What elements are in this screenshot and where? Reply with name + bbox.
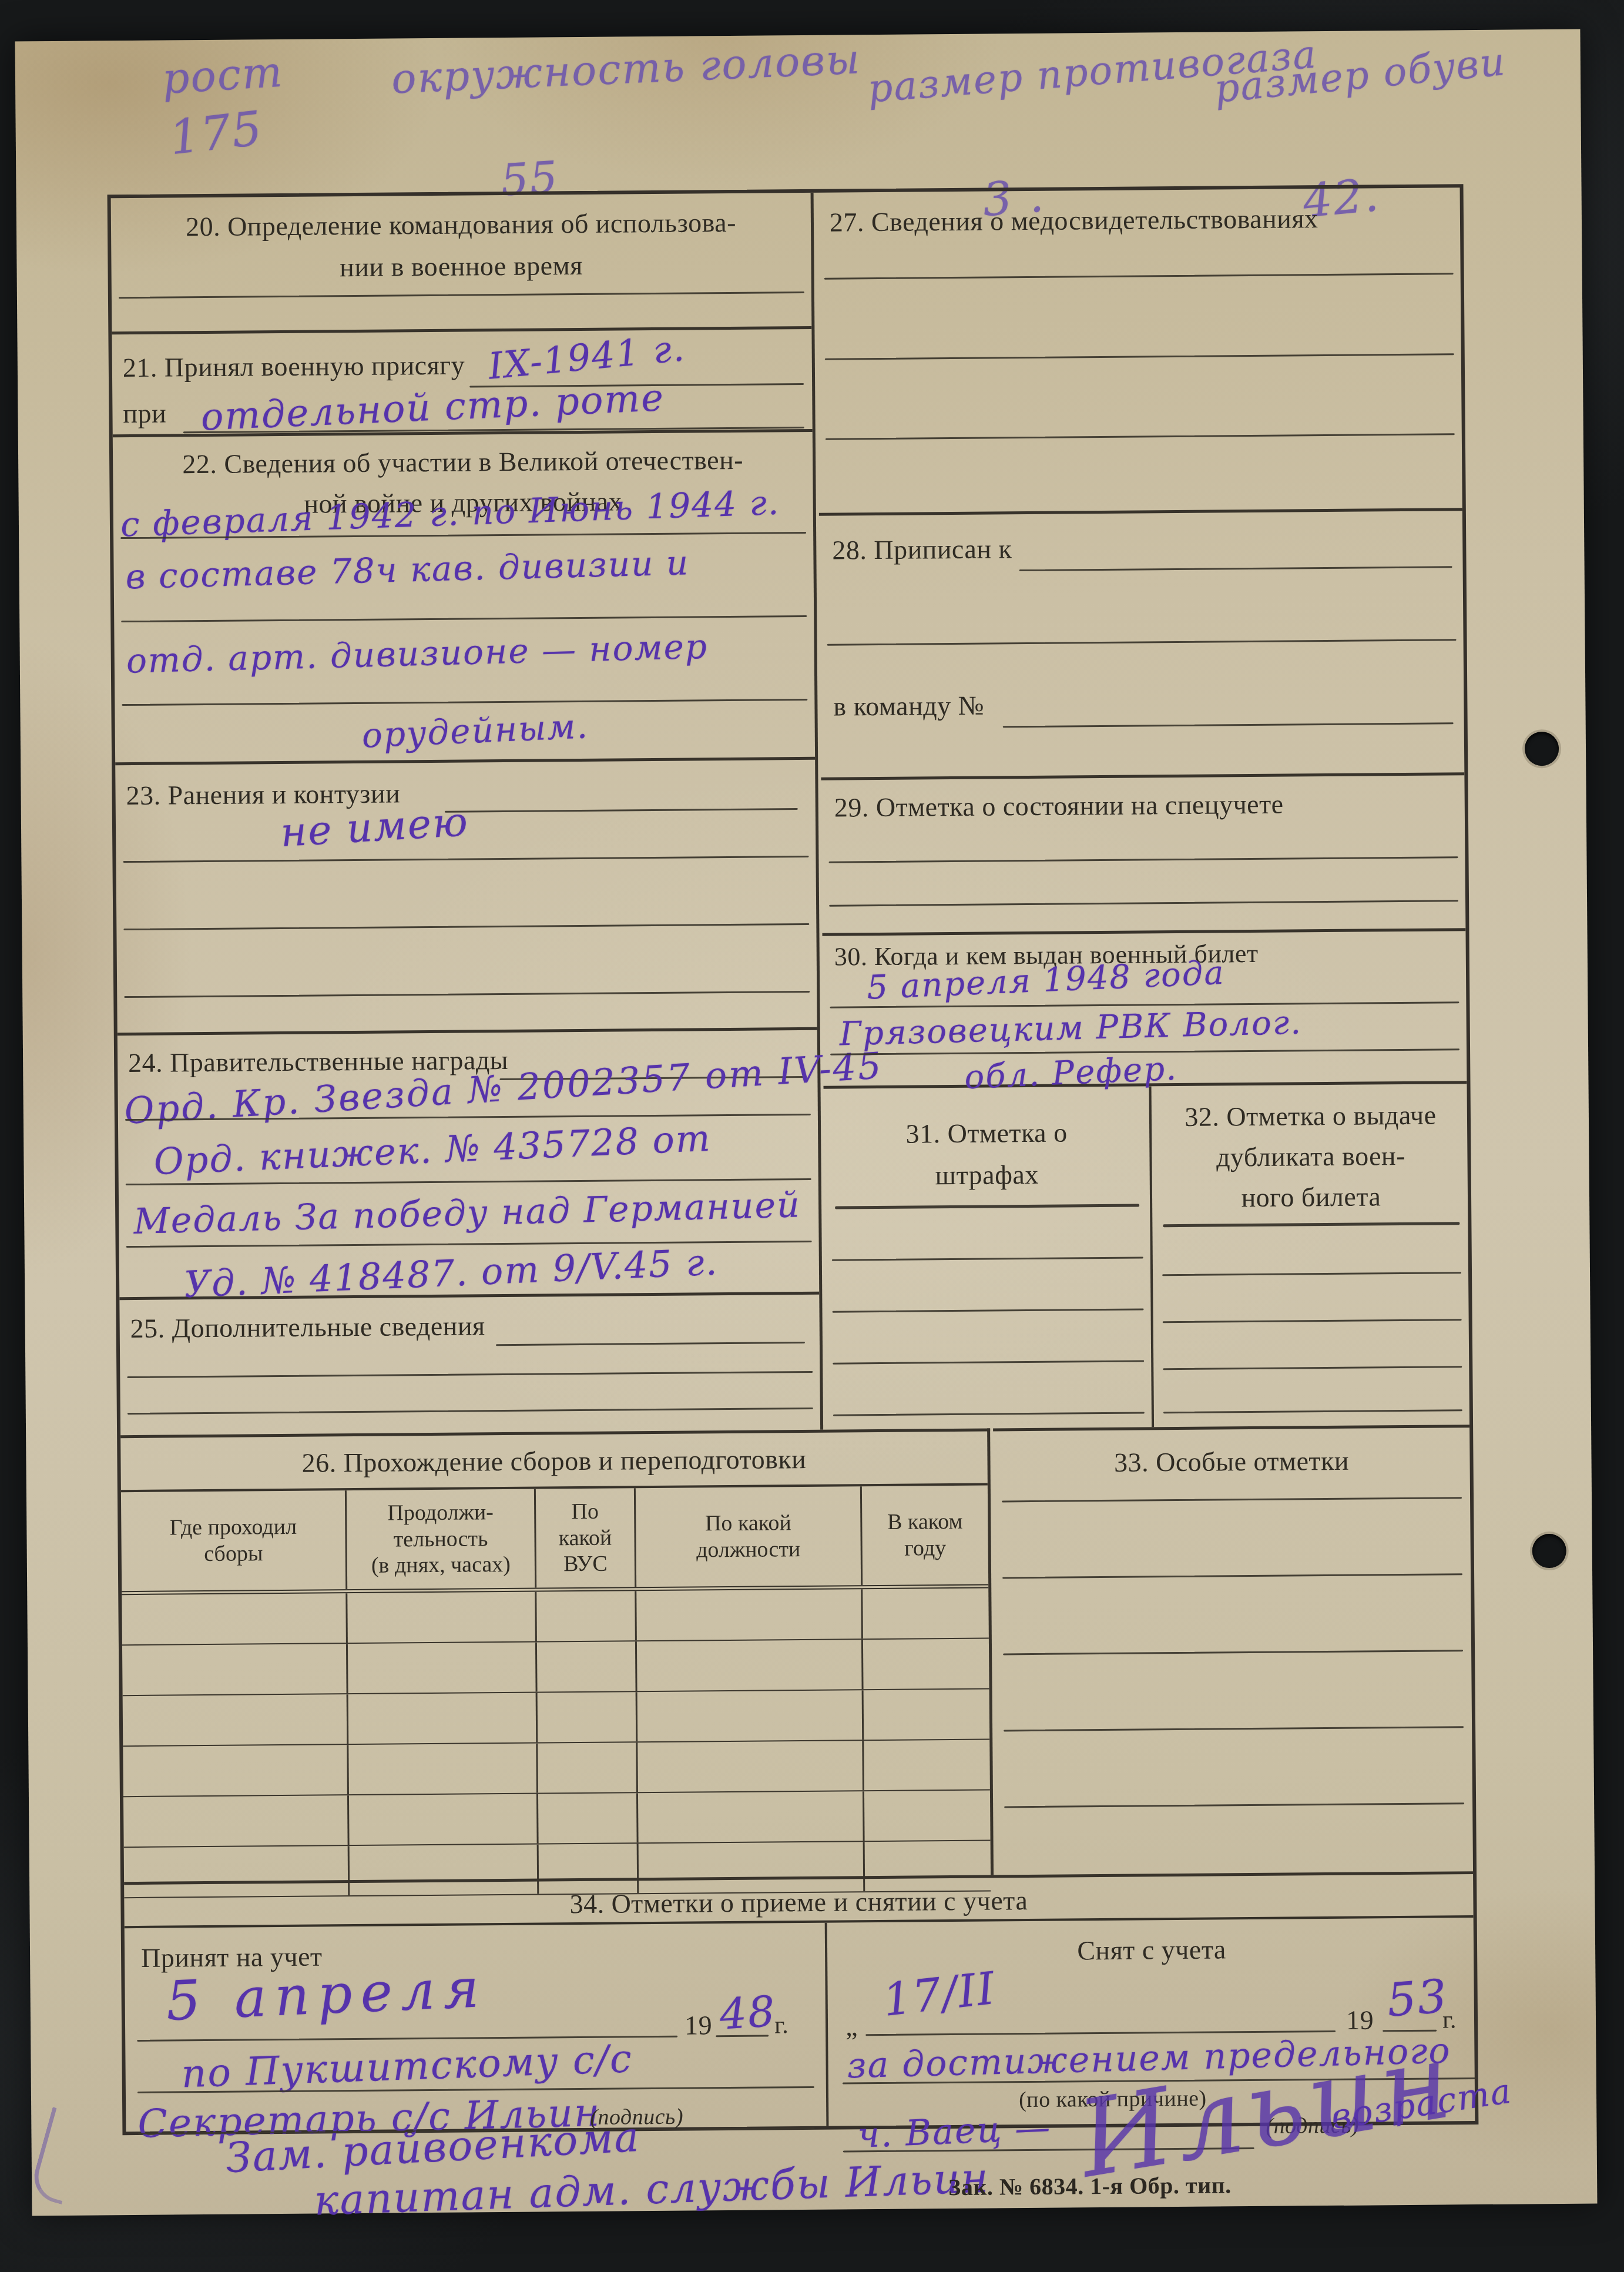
col-header-year: В каком году	[862, 1486, 988, 1586]
deregistered-date: 17/II	[880, 1962, 998, 2026]
blank-line	[833, 1308, 1144, 1312]
table-cell	[864, 1690, 990, 1740]
section-28-label2: в команду №	[833, 690, 984, 722]
training-table-header: Где проходил сборы Продолжи- тельность (…	[121, 1486, 988, 1596]
blank-line	[1003, 1650, 1463, 1655]
table-cell	[122, 1593, 348, 1644]
section-22: 22. Сведения об участии в Великой отечес…	[113, 432, 815, 765]
table-cell	[348, 1643, 538, 1694]
blank-line	[825, 353, 1454, 360]
registered-date: 5 апреля	[165, 1956, 489, 2033]
war-service-line2: в составе 78ч кав. дивизии и	[125, 542, 690, 597]
registered-year-suffix: г.	[774, 2011, 788, 2039]
section-24: 24. Правительственные награды Орд. Кр. З…	[118, 1030, 819, 1300]
blank-line	[826, 433, 1455, 440]
section-33: 33. Особые отметки	[993, 1425, 1473, 1875]
deregistered-cell: Снят с учета „ 17/II 19 53 г. за достиже…	[830, 1918, 1475, 2126]
registered-year-prefix: 19	[685, 2009, 712, 2040]
margin-ink-mark	[28, 2107, 86, 2204]
note-head-circumference-label: окружность головы	[390, 32, 861, 106]
fill-line	[1003, 722, 1454, 728]
col-header-position: По какой должности	[636, 1486, 863, 1587]
awards-line2: Орд. книжек. № 435728 от	[153, 1117, 712, 1184]
table-cell	[123, 1745, 349, 1796]
right-column: 27. Сведения о медосвидетельствованиях 2…	[817, 187, 1469, 1430]
training-table-rows	[122, 1589, 991, 1899]
note-height-label: рост	[161, 47, 285, 103]
table-cell	[123, 1795, 350, 1847]
table-cell	[638, 1791, 865, 1842]
blank-line	[124, 991, 810, 998]
section-23: 23. Ранения и контузии не имею	[115, 760, 817, 1036]
table-cell	[864, 1740, 990, 1791]
table-row	[123, 1791, 991, 1848]
section-31-title: 31. Отметка о штрафах	[824, 1111, 1150, 1197]
table-row	[122, 1639, 989, 1697]
table-cell	[348, 1744, 538, 1795]
registered-place: по Пукшитскому с/с	[181, 2036, 634, 2096]
table-cell	[637, 1741, 864, 1792]
year-line	[716, 2035, 769, 2038]
blank-line	[832, 1257, 1143, 1261]
training-table: Где проходил сборы Продолжи- тельность (…	[121, 1483, 991, 1882]
table-cell	[537, 1641, 637, 1691]
registered-year-value: 48	[718, 1986, 777, 2039]
war-service-line4: орудейным.	[361, 706, 589, 755]
section-21-label: 21. Принял военную присягу	[123, 350, 465, 384]
print-shop-note: Зак. № 6834. 1-я Обр. тип.	[948, 2171, 1232, 2201]
table-row	[122, 1589, 989, 1646]
deregistered-header: Снят с учета	[830, 1932, 1474, 1968]
table-cell	[349, 1794, 539, 1845]
section-26-title: 26. Прохождение сборов и переподготовки	[120, 1442, 987, 1480]
ticket-issuer-line: Грязовецким РВК Волог.	[839, 1004, 1303, 1054]
fill-line	[1019, 566, 1452, 571]
section-29-title: 29. Отметка о состоянии на спецучете	[834, 789, 1284, 823]
blank-line	[1163, 1409, 1462, 1413]
table-row	[123, 1690, 990, 1747]
section-29: 29. Отметка о состоянии на спецучете	[821, 775, 1465, 936]
document-paper: рост 175 окружность головы 55 размер про…	[15, 29, 1598, 2216]
table-cell	[348, 1693, 538, 1744]
blank-line	[122, 699, 807, 706]
section-32: 32. Отметка о выдаче дубликата воен- ног…	[1154, 1084, 1470, 1427]
table-cell	[864, 1791, 991, 1841]
blank-line	[1004, 1726, 1464, 1731]
blank-line	[833, 1412, 1145, 1416]
table-cell	[538, 1793, 639, 1843]
left-column: 20. Определение командования об использо…	[111, 193, 823, 1435]
fill-line	[445, 808, 798, 813]
section-30: 30. Когда и кем выдан военный билет 5 ап…	[823, 931, 1467, 1089]
blank-line	[824, 273, 1454, 279]
blank-line	[121, 615, 807, 622]
awards-line3: Медаль За победу над Германией	[133, 1184, 801, 1242]
punch-hole-bottom	[1532, 1534, 1566, 1568]
section-26: 26. Прохождение сборов и переподготовки …	[120, 1429, 994, 1882]
blank-line	[829, 856, 1458, 863]
col-header-vus: По какой ВУС	[536, 1488, 636, 1587]
section-21: 21. Принял военную присягу IX-1941 г. пр…	[112, 329, 812, 437]
blank-line	[119, 291, 804, 299]
fill-line	[496, 1342, 805, 1346]
table-row	[123, 1740, 990, 1798]
col-header-place: Где проходил сборы	[121, 1490, 347, 1591]
war-service-line3: отд. арт. дивизионе — номер	[126, 626, 709, 681]
note-height-value: 175	[167, 100, 266, 165]
table-cell	[863, 1589, 989, 1639]
section-20: 20. Определение командования об использо…	[111, 193, 812, 334]
section-33-title: 33. Особые отметки	[993, 1444, 1469, 1479]
blank-line	[1163, 1319, 1462, 1323]
col-header-duration: Продолжи- тельность (в днях, часах)	[347, 1489, 536, 1590]
section-32-title: 32. Отметка о выдаче дубликата воен- ног…	[1154, 1094, 1468, 1218]
blank-line	[1004, 1802, 1464, 1808]
blank-line	[827, 639, 1457, 645]
blank-line	[127, 1371, 813, 1378]
header-underline	[835, 1204, 1139, 1209]
blank-line	[1002, 1497, 1462, 1502]
table-cell	[637, 1640, 864, 1691]
table-cell	[122, 1644, 348, 1695]
table-cell	[863, 1639, 989, 1690]
scanned-military-card-page: рост 175 окружность головы 55 размер про…	[0, 0, 1624, 2272]
header-underline	[1163, 1222, 1459, 1227]
table-cell	[637, 1690, 864, 1741]
registration-form: 20. Определение командования об использо…	[108, 184, 1479, 2135]
table-cell	[123, 1694, 349, 1745]
blank-line	[1002, 1573, 1462, 1579]
registered-cell: Принят на учет 5 апреля 19 48 г. по Пукш…	[125, 1923, 829, 2132]
blank-line	[123, 923, 809, 930]
table-cell	[538, 1742, 638, 1792]
section-27-title: 27. Сведения о медосвидетельствованиях	[830, 203, 1318, 238]
section-31: 31. Отметка о штрафах	[824, 1086, 1155, 1429]
sections-31-32: 31. Отметка о штрафах 32. Отметка о выда…	[824, 1084, 1470, 1430]
section-21-label2: при	[123, 398, 166, 430]
blank-line	[127, 1408, 813, 1415]
section-25: 25. Дополнительные сведения	[119, 1295, 820, 1435]
section-34: 34. Отметки о приеме и снятии с учета Пр…	[124, 1871, 1475, 2132]
table-cell	[536, 1591, 637, 1641]
blank-line	[1163, 1366, 1462, 1370]
section-28: 28. Приписан к в команду №	[819, 511, 1465, 780]
blank-line	[833, 1360, 1144, 1364]
table-cell	[636, 1589, 863, 1640]
table-cell	[347, 1592, 537, 1643]
open-quote: „	[845, 2010, 858, 2042]
section-28-label: 28. Приписан к	[832, 533, 1012, 565]
blank-line	[829, 900, 1458, 906]
blank-line	[123, 856, 808, 863]
punch-hole-top	[1525, 732, 1559, 766]
section-20-title: 20. Определение командования об использо…	[111, 201, 811, 290]
table-cell	[538, 1692, 638, 1742]
section-25-label: 25. Дополнительные сведения	[130, 1310, 485, 1344]
blank-line	[1162, 1272, 1461, 1276]
section-27: 27. Сведения о медосвидетельствованиях	[817, 187, 1462, 516]
